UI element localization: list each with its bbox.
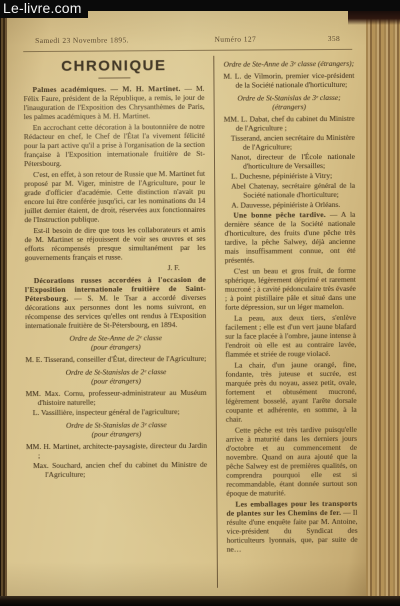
paragraph-decorations: Décorations russes accordées à l'occasio… xyxy=(25,275,206,330)
section-title-rule xyxy=(98,77,130,78)
decoration-list-item: L. Vassillière, inspecteur général de l'… xyxy=(33,407,207,417)
decoration-list-item: MM. H. Martinet, architecte-paysagiste, … xyxy=(26,441,207,460)
book-page-edges xyxy=(366,11,400,597)
masthead-page-number: 358 xyxy=(294,34,348,43)
decoration-list-item: MM. L. Dabat, chef du cabinet du Ministr… xyxy=(224,114,355,133)
paragraph-emballages: Les emballages pour les transports de pl… xyxy=(226,499,357,554)
decoration-list-item: Abel Chatenay, secrétaire général de la … xyxy=(231,181,355,200)
right-column: Ordre de Ste-Anne de 3ᵉ classe (étranger… xyxy=(213,55,358,588)
paragraph-peau: La peau, aux deux tiers, s'enlève facile… xyxy=(225,313,356,359)
decoration-list-item: A. Dauvesse, pépiniériste à Orléans. xyxy=(231,200,355,210)
masthead-date: Samedi 23 Novembre 1895. xyxy=(25,35,176,45)
paragraph-chair: La chair, d'un jaune orangé, fine, fonda… xyxy=(225,360,356,424)
order-heading-stanislas-3: Ordre de St-Stanislas de 3ᵉ classe (pour… xyxy=(26,420,207,439)
order-heading-ste-anne-3: Ordre de Ste-Anne de 3ᵉ classe (étranger… xyxy=(223,59,354,69)
masthead-issue: Numéro 127 xyxy=(176,34,294,44)
paragraph-retour: C'est, en effet, à son retour de Russie … xyxy=(24,169,205,224)
section-title: CHRONIQUE xyxy=(23,57,204,75)
journal-page-scan: Samedi 23 Novembre 1895. Numéro 127 358 … xyxy=(7,11,366,597)
page-content: Samedi 23 Novembre 1895. Numéro 127 358 … xyxy=(5,10,368,598)
decoration-list-item: Tisserand, ancien secrétaire du Ministèr… xyxy=(231,133,355,152)
decoration-list-item: MM. Max. Cornu, professeur-administrateu… xyxy=(26,388,207,407)
paragraph-accrochant: En accrochant cette décoration à la bout… xyxy=(24,122,205,168)
paragraph-palmes: Palmes académiques. — M. H. Martinet. — … xyxy=(23,84,204,121)
columns: CHRONIQUE Palmes académiques. — M. H. Ma… xyxy=(23,55,358,589)
paragraph-fruit: C'est un beau et gros fruit, de forme sp… xyxy=(225,266,356,312)
decoration-list-item: M. L. de Vilmorin, premier vice-présiden… xyxy=(223,71,354,90)
order-heading-ste-anne-2: Ordre de Ste-Anne de 2ᵉ classe (pour étr… xyxy=(25,333,206,352)
book-cover-corner xyxy=(348,9,400,25)
table-surface xyxy=(0,596,400,606)
paragraph-besoin: Est-il besoin de dire que tous les colla… xyxy=(24,225,205,262)
decoration-list-item: Nanot, directeur de l'École nationale d'… xyxy=(231,152,355,171)
decoration-list-item: M. E. Tisserand, conseiller d'État, dire… xyxy=(25,354,206,364)
book-left-edge xyxy=(0,11,7,597)
decoration-list-item: L. Duchesne, pépiniériste à Vitry; xyxy=(231,171,355,181)
order-heading-stanislas-2: Ordre de St-Stanislas de 2ᵉ classe (pour… xyxy=(25,367,206,386)
signature: J. F. xyxy=(25,263,206,273)
book-photo: Le-livre.com Samedi 23 Novembre 1895. Nu… xyxy=(0,0,400,606)
masthead-rule xyxy=(23,49,352,52)
masthead: Samedi 23 Novembre 1895. Numéro 127 358 xyxy=(25,34,348,45)
paragraph-tardive: Cette pêche est très tardive puisqu'elle… xyxy=(226,425,357,498)
paragraph-lead: Les emballages pour les transports de pl… xyxy=(226,499,357,518)
decoration-list-item: Max. Souchard, ancien chef du cabinet du… xyxy=(33,460,207,479)
paragraph-peche: Une bonne pêche tardive. — A la dernière… xyxy=(224,210,355,265)
left-column: CHRONIQUE Palmes académiques. — M. H. Ma… xyxy=(23,56,217,589)
site-watermark: Le-livre.com xyxy=(0,0,88,18)
order-heading-stanislas-3b: Ordre de St-Stanislas de 3ᵉ classe; (étr… xyxy=(224,93,355,112)
